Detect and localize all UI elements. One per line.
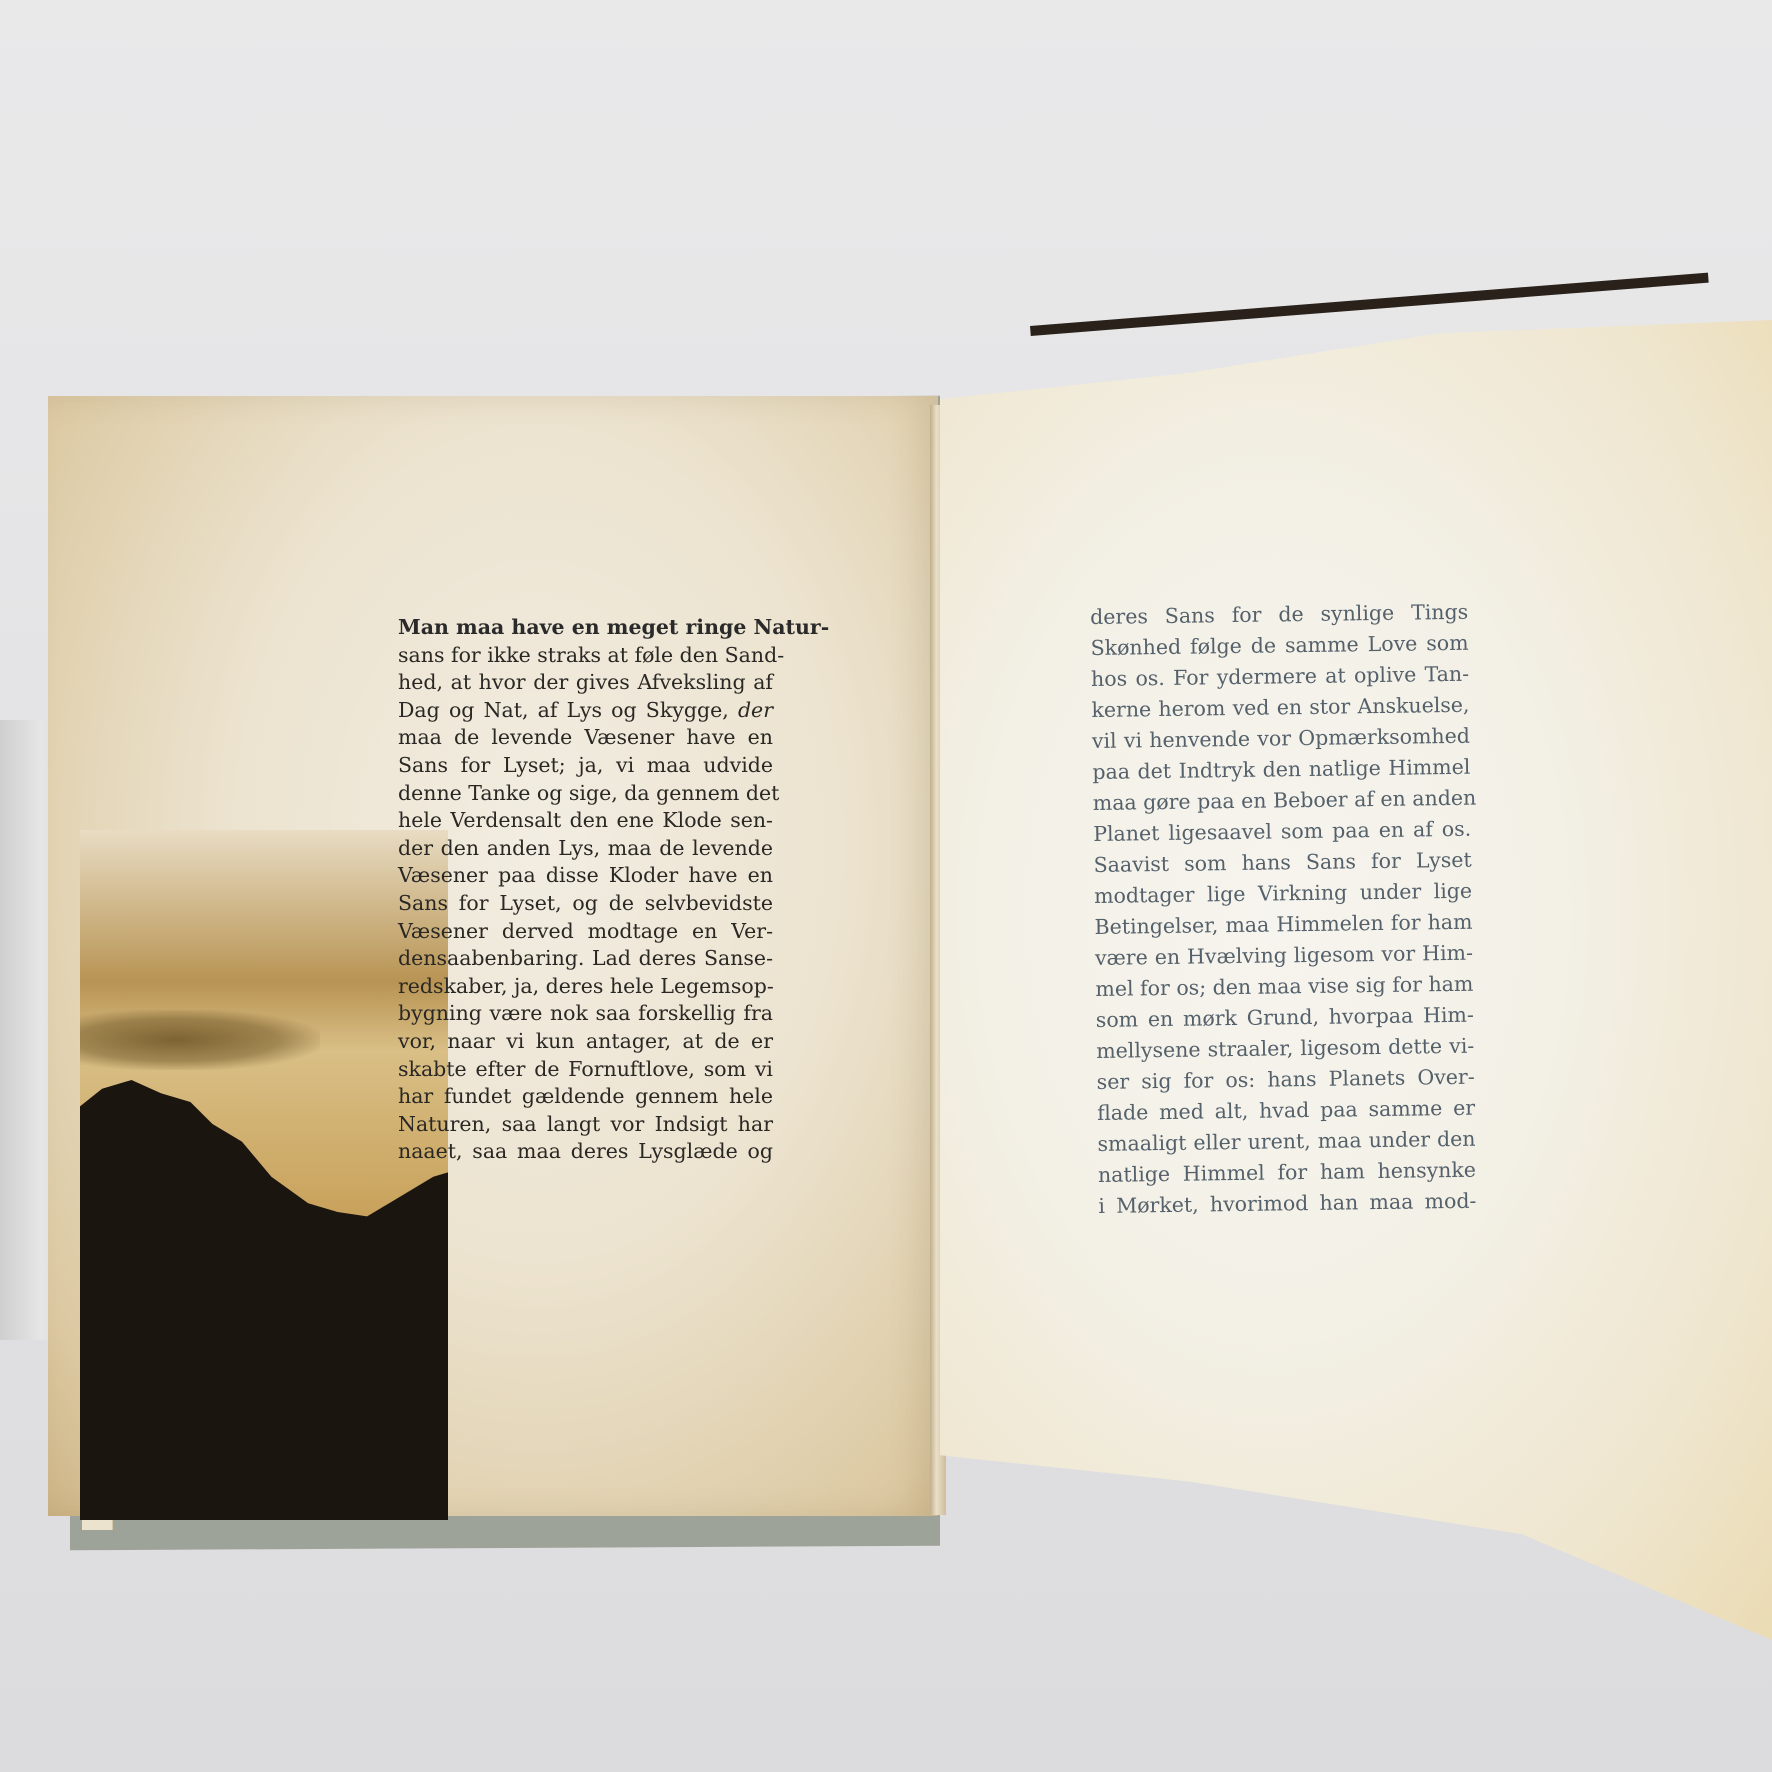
- text-line: Man maa have en meget ringe Natur-: [398, 614, 773, 642]
- text-line: hele Verdensalt den ene Klode sen-: [398, 807, 773, 835]
- text-line: vor, naar vi kun antager, at de er: [398, 1028, 773, 1056]
- text-line: maa de levende Væsener have en: [398, 724, 773, 752]
- left-page-text: Man maa have en meget ringe Natur- sans …: [398, 614, 773, 1166]
- text-line: skabte efter de Fornuftlove, som vi: [398, 1056, 773, 1084]
- text-line: redskaber, ja, deres hele Legemsop-: [398, 973, 773, 1001]
- text-line: Væsener paa disse Kloder have en: [398, 862, 773, 890]
- sepia-photograph: [80, 830, 448, 1520]
- text-line: Naturen, saa langt vor Indsigt har: [398, 1111, 773, 1139]
- text-line-with-italic: Dag og Nat, af Lys og Skygge, der: [398, 697, 773, 725]
- right-page-dark-edge: [1030, 273, 1709, 336]
- text-line: densaabenbaring. Lad deres Sanse-: [398, 945, 773, 973]
- right-page-text: deres Sans for de synlige Tings Skønhed …: [1090, 597, 1477, 1222]
- text-line: Væsener derved modtage en Ver-: [398, 918, 773, 946]
- text-line: hed, at hvor der gives Afveksling af: [398, 669, 773, 697]
- text-line: sans for ikke straks at føle den Sand-: [398, 642, 773, 670]
- text-line: denne Tanke og sige, da gennem det: [398, 780, 773, 808]
- text-line-prefix: Dag og Nat, af Lys og Skygge,: [398, 698, 729, 722]
- text-line: bygning være nok saa forskellig fra: [398, 1000, 773, 1028]
- text-line: naaet, saa maa deres Lysglæde og: [398, 1138, 773, 1166]
- text-line: har fundet gældende gennem hele: [398, 1083, 773, 1111]
- open-book: Man maa have en meget ringe Natur- sans …: [0, 0, 1772, 1772]
- text-line: der den anden Lys, maa de levende: [398, 835, 773, 863]
- text-line: i Mørket, hvorimod han maa mod-: [1098, 1186, 1476, 1222]
- photo-cloud: [80, 1010, 320, 1070]
- italic-word: der: [738, 698, 773, 722]
- photo-tree-silhouette: [80, 1080, 448, 1520]
- text-line: Sans for Lyset, og de selvbevidste: [398, 890, 773, 918]
- text-line: Sans for Lyset; ja, vi maa udvide: [398, 752, 773, 780]
